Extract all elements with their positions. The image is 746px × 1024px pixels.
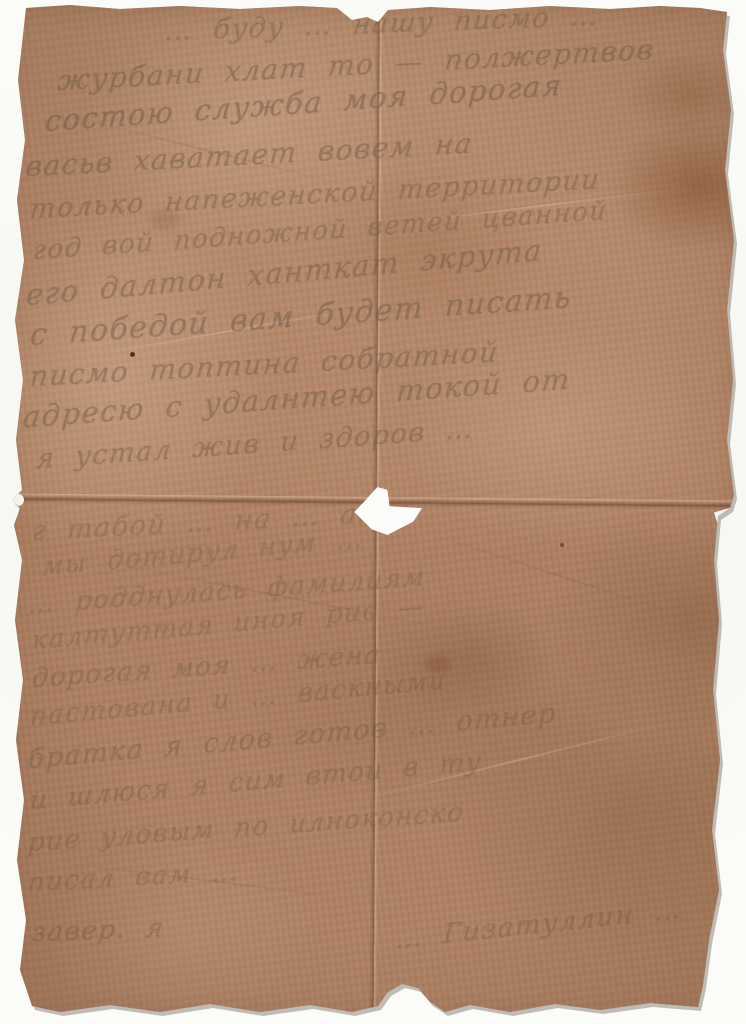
edge-vignette <box>0 0 746 1024</box>
scanned-letter-photo: … буду … нашу писмо …журбани хлат то — п… <box>0 0 746 1024</box>
letter-paper: … буду … нашу писмо …журбани хлат то — п… <box>0 0 746 1024</box>
